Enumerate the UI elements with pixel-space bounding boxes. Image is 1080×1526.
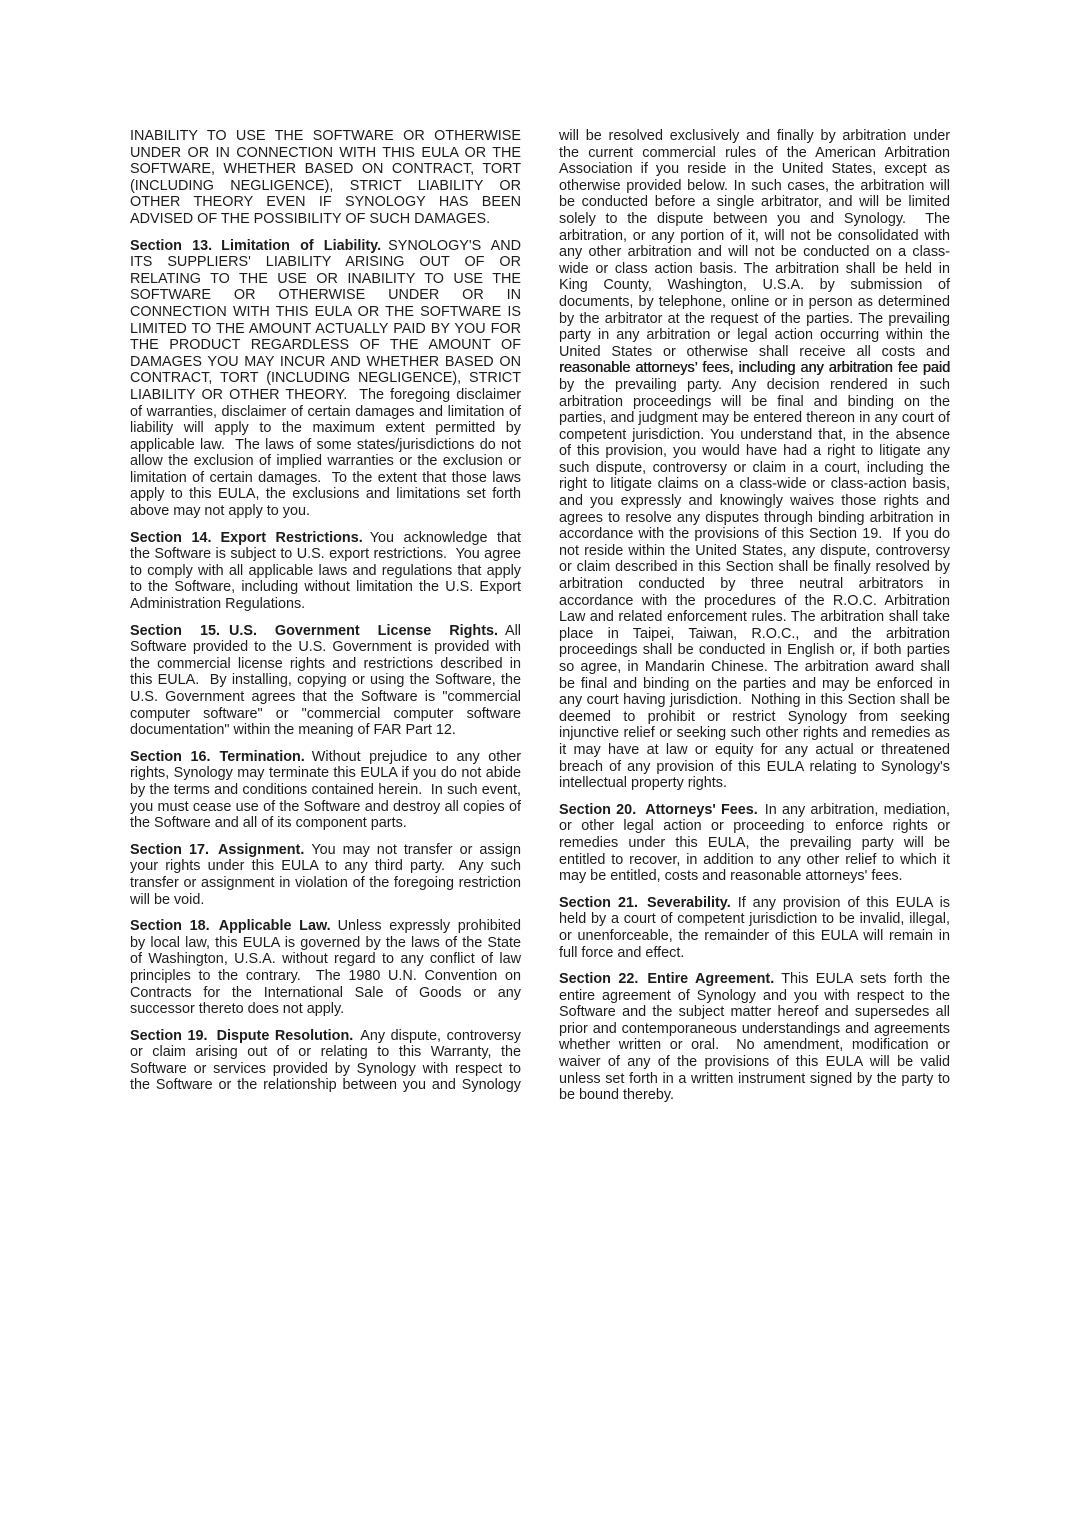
- section-title: Entire Agreement.: [647, 971, 774, 987]
- paragraph-section-22-entire-agreement: Section 22.Entire Agreement.This EULA se…: [559, 971, 950, 1104]
- paragraph-section-15-us-government-license-rights: Section 15.U.S. Government License Right…: [130, 623, 521, 739]
- two-column-layout: INABILITY TO USE THE SOFTWARE OR OTHERWI…: [130, 128, 950, 1104]
- section-title: Severability.: [647, 895, 731, 911]
- left-column: INABILITY TO USE THE SOFTWARE OR OTHERWI…: [130, 128, 521, 1104]
- section-title: Export Restrictions.: [220, 530, 362, 546]
- paragraph-continuation-damages: INABILITY TO USE THE SOFTWARE OR OTHERWI…: [130, 128, 521, 228]
- section-title: Attorneys' Fees.: [645, 802, 758, 818]
- section-title: Limitation of Liability.: [221, 238, 381, 254]
- section-number: Section 21.: [559, 895, 638, 911]
- paragraph-body: INABILITY TO USE THE SOFTWARE OR OTHERWI…: [130, 128, 521, 227]
- section-title: Termination.: [220, 749, 305, 765]
- section-title: Dispute Resolution.: [217, 1028, 354, 1044]
- eula-document-page: INABILITY TO USE THE SOFTWARE OR OTHERWI…: [0, 0, 1080, 1526]
- paragraph-body-emphasized-line: reasonable attorneys’ fees, including an…: [559, 360, 950, 376]
- section-body: All Software provided to the U.S. Govern…: [130, 623, 521, 739]
- paragraph-section-17-assignment: Section 17.Assignment.You may not transf…: [130, 842, 521, 908]
- section-number: Section 16.: [130, 749, 211, 765]
- paragraph-section-18-applicable-law: Section 18.Applicable Law.Unless express…: [130, 918, 521, 1018]
- paragraph-section-14-export-restrictions: Section 14.Export Restrictions.You ackno…: [130, 530, 521, 613]
- paragraph-section-21-severability: Section 21.Severability.If any provision…: [559, 895, 950, 961]
- paragraph-body-pre: will be resolved exclusively and finally…: [559, 128, 950, 360]
- section-number: Section 20.: [559, 802, 636, 818]
- paragraph-section-20-attorneys-fees: Section 20.Attorneys' Fees.In any arbitr…: [559, 802, 950, 885]
- section-number: Section 17.: [130, 842, 209, 858]
- paragraph-section-13-limitation-of-liability: Section 13.Limitation of Liability.SYNOL…: [130, 238, 521, 520]
- section-title: U.S. Government License Rights.: [229, 623, 498, 639]
- paragraph-body-post: by the prevailing party. Any decision re…: [559, 377, 950, 791]
- paragraph-section-19-dispute-resolution-continued: will be resolved exclusively and finally…: [559, 128, 950, 792]
- section-number: Section 18.: [130, 918, 210, 934]
- section-body: This EULA sets forth the entire agreemen…: [559, 971, 950, 1103]
- section-number: Section 22.: [559, 971, 638, 987]
- section-number: Section 14.: [130, 530, 211, 546]
- section-title: Assignment.: [218, 842, 304, 858]
- section-title: Applicable Law.: [219, 918, 331, 934]
- section-number: Section 19.: [130, 1028, 208, 1044]
- paragraph-section-19-dispute-resolution-start: Section 19.Dispute Resolution.Any disput…: [130, 1028, 521, 1094]
- paragraph-section-16-termination: Section 16.Termination.Without prejudice…: [130, 749, 521, 832]
- right-column: will be resolved exclusively and finally…: [559, 128, 950, 1104]
- section-body: SYNOLOGY'S AND ITS SUPPLIERS' LIABILITY …: [130, 238, 521, 520]
- section-number: Section 13.: [130, 238, 212, 254]
- section-number: Section 15.: [130, 623, 220, 639]
